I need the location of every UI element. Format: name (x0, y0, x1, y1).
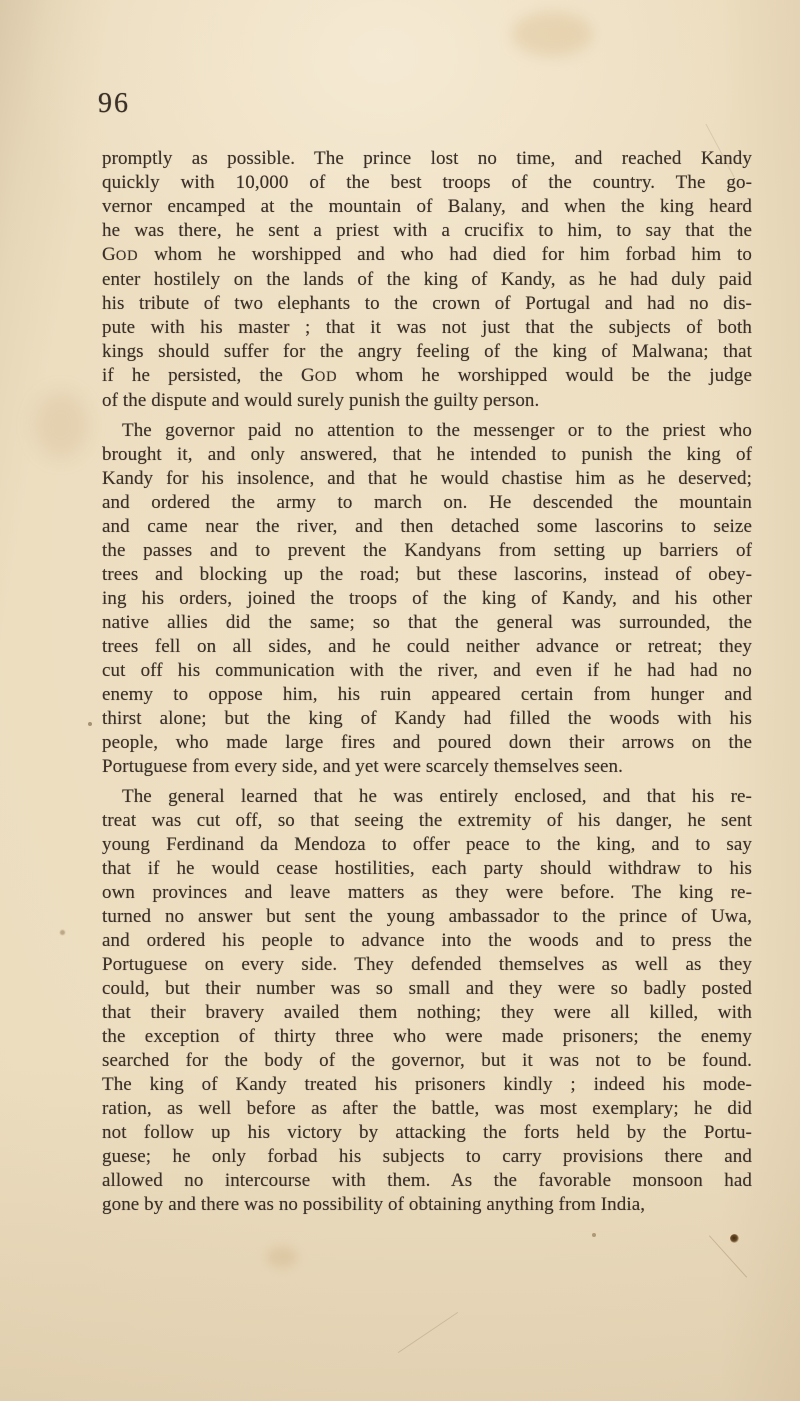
text-block: promptly as possible. The prince lost no… (102, 147, 752, 1217)
text-line: The governor paid no attention to the me… (102, 419, 752, 443)
text-line: Portuguese on every side. They defended … (102, 953, 752, 977)
text-line: that if he would cease hostilities, each… (102, 857, 752, 881)
text-line: quickly with 10,000 of the best troops o… (102, 171, 752, 195)
text-line: cut off his communication with the river… (102, 659, 752, 683)
text-line: searched for the body of the governor, b… (102, 1049, 752, 1073)
text-line: could, but their number was so small and… (102, 977, 752, 1001)
text-line: and came near the river, and then detach… (102, 515, 752, 539)
text-line: guese; he only forbad his subjects to ca… (102, 1145, 752, 1169)
text-line: enemy to oppose him, his ruin appeared c… (102, 683, 752, 707)
text-line: young Ferdinand da Mendoza to offer peac… (102, 833, 752, 857)
paragraph: The governor paid no attention to the me… (102, 419, 752, 779)
paper-stain (34, 392, 88, 458)
paper-stain (512, 12, 592, 56)
text-line: of the dispute and would surely punish t… (102, 389, 752, 413)
text-line: the passes and to prevent the Kandyans f… (102, 539, 752, 563)
text-line: allowed no intercourse with them. As the… (102, 1169, 752, 1193)
text-line: not follow up his victory by attacking t… (102, 1121, 752, 1145)
text-line: kings should suffer for the angry feelin… (102, 340, 752, 364)
text-line: trees fell on all sides, and he could ne… (102, 635, 752, 659)
text-line: ing his orders, joined the troops of the… (102, 587, 752, 611)
text-line: The general learned that he was entirely… (102, 785, 752, 809)
text-line: and ordered his people to advance into t… (102, 929, 752, 953)
book-page-scan: 96 promptly as possible. The prince lost… (0, 0, 800, 1401)
paragraph: The general learned that he was entirely… (102, 785, 752, 1217)
text-line: that their bravery availed them nothing;… (102, 1001, 752, 1025)
text-line: Portuguese from every side, and yet were… (102, 755, 752, 779)
foxing-spot (730, 1234, 739, 1243)
paper-scratch (398, 1312, 458, 1353)
text-line: pute with his master ; that it was not j… (102, 316, 752, 340)
text-line: and ordered the army to march on. He des… (102, 491, 752, 515)
text-line: Kandy for his insolence, and that he wou… (102, 467, 752, 491)
text-line: own provinces and leave matters as they … (102, 881, 752, 905)
text-line: brought it, and only answered, that he i… (102, 443, 752, 467)
text-line: trees and blocking up the road; but thes… (102, 563, 752, 587)
text-line: promptly as possible. The prince lost no… (102, 147, 752, 171)
paragraph: promptly as possible. The prince lost no… (102, 147, 752, 413)
text-line: his tribute of two elephants to the crow… (102, 292, 752, 316)
text-line: native allies did the same; so that the … (102, 611, 752, 635)
paper-stain (266, 1246, 298, 1268)
text-line: the exception of thirty three who were m… (102, 1025, 752, 1049)
text-line: GOD whom he worshipped and who had died … (102, 243, 752, 268)
text-line: turned no answer but sent the young amba… (102, 905, 752, 929)
text-line: if he persisted, the GOD whom he worship… (102, 364, 752, 389)
text-line: vernor encamped at the mountain of Balan… (102, 195, 752, 219)
foxing-spot (88, 722, 92, 726)
page-number: 96 (98, 88, 130, 120)
foxing-spot (592, 1233, 596, 1237)
text-line: enter hostilely on the lands of the king… (102, 268, 752, 292)
text-line: people, who made large fires and poured … (102, 731, 752, 755)
foxing-spot (60, 930, 65, 935)
text-line: ration, as well before as after the batt… (102, 1097, 752, 1121)
text-line: thirst alone; but the king of Kandy had … (102, 707, 752, 731)
text-line: gone by and there was no possibility of … (102, 1193, 752, 1217)
text-line: The king of Kandy treated his prisoners … (102, 1073, 752, 1097)
paper-scratch (709, 1235, 747, 1277)
text-line: treat was cut off, so that seeing the ex… (102, 809, 752, 833)
text-line: he was there, he sent a priest with a cr… (102, 219, 752, 243)
